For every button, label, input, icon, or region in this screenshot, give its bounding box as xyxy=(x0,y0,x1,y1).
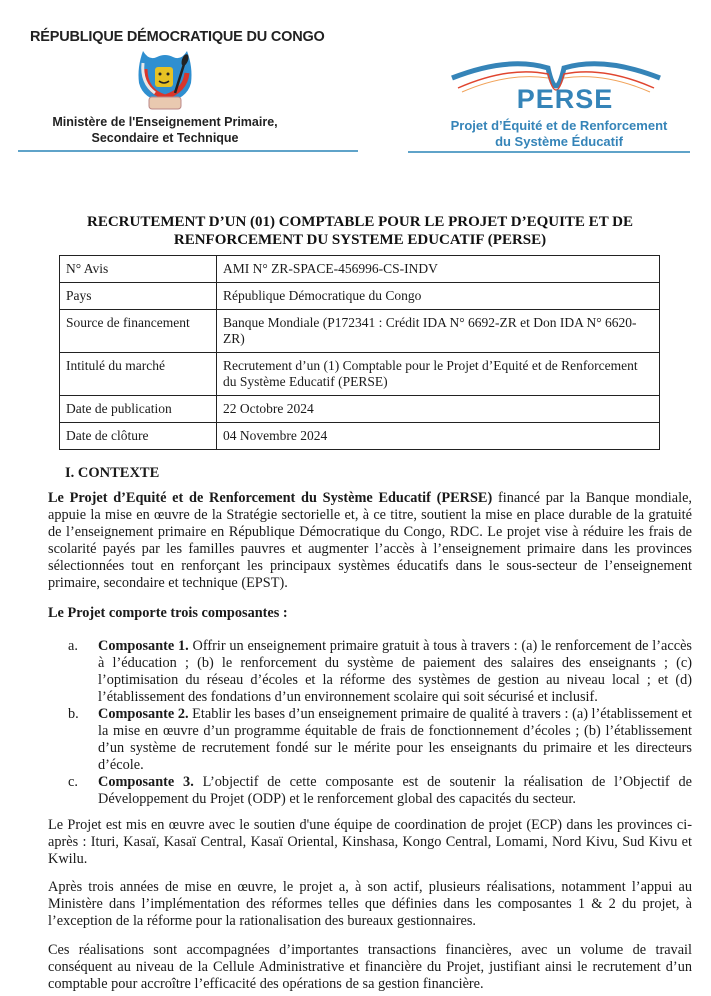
table-key: N° Avis xyxy=(60,256,217,283)
perse-logo-title: PERSE xyxy=(490,84,640,115)
intro-bold-text: Le Projet d’Equité et de Renforcement du… xyxy=(48,490,492,506)
drc-coat-of-arms-icon xyxy=(133,47,197,113)
document-title: RECRUTEMENT D’UN (01) COMPTABLE POUR LE … xyxy=(40,213,680,249)
ministry-name: Ministère de l'Enseignement Primaire, Se… xyxy=(40,114,290,146)
table-row: Date de publication 22 Octobre 2024 xyxy=(60,396,660,423)
section-heading-contexte: I. CONTEXTE xyxy=(65,465,159,482)
table-key: Source de financement xyxy=(60,310,217,353)
table-row: Intitulé du marché Recrutement d’un (1) … xyxy=(60,353,660,396)
document-title-line-2: RENFORCEMENT DU SYSTEME EDUCATIF (PERSE) xyxy=(40,231,680,249)
list-item: b.Composante 2. Etablir les bases d’un e… xyxy=(68,706,692,774)
transactions-paragraph: Ces réalisations sont accompagnées d’imp… xyxy=(48,942,692,993)
component-label: Composante 2. xyxy=(98,706,189,722)
components-heading: Le Projet comporte trois composantes : xyxy=(48,605,692,622)
table-key: Date de publication xyxy=(60,396,217,423)
component-label: Composante 1. xyxy=(98,638,189,654)
list-marker: b. xyxy=(68,706,79,723)
ecp-paragraph: Le Projet est mis en œuvre avec le souti… xyxy=(48,817,692,868)
table-row: Pays République Démocratique du Congo xyxy=(60,283,660,310)
table-value: Banque Mondiale (P172341 : Crédit IDA N°… xyxy=(217,310,660,353)
document-title-line-1: RECRUTEMENT D’UN (01) COMPTABLE POUR LE … xyxy=(40,213,680,231)
list-marker: c. xyxy=(68,774,78,791)
intro-paragraph: Le Projet d’Equité et de Renforcement du… xyxy=(48,490,692,592)
table-value: 22 Octobre 2024 xyxy=(217,396,660,423)
realisations-paragraph: Après trois années de mise en œuvre, le … xyxy=(48,879,692,930)
list-item: a.Composante 1. Offrir un enseignement p… xyxy=(68,638,692,706)
header-divider-right xyxy=(408,151,690,153)
perse-logo-subtitle: Projet d’Équité et de Renforcement du Sy… xyxy=(418,118,700,150)
table-value: République Démocratique du Congo xyxy=(217,283,660,310)
table-key: Intitulé du marché xyxy=(60,353,217,396)
table-row: Date de clôture 04 Novembre 2024 xyxy=(60,423,660,450)
table-value: 04 Novembre 2024 xyxy=(217,423,660,450)
table-key: Pays xyxy=(60,283,217,310)
perse-subtitle-line-1: Projet d’Équité et de Renforcement xyxy=(418,118,700,134)
components-list: a.Composante 1. Offrir un enseignement p… xyxy=(68,638,692,808)
table-row: Source de financement Banque Mondiale (P… xyxy=(60,310,660,353)
notice-info-table: N° Avis AMI N° ZR-SPACE-456996-CS-INDV P… xyxy=(59,255,660,450)
component-label: Composante 3. xyxy=(98,774,194,790)
header-divider-left xyxy=(18,150,358,152)
list-item: c.Composante 3. L’objectif de cette comp… xyxy=(68,774,692,808)
table-value: Recrutement d’un (1) Comptable pour le P… xyxy=(217,353,660,396)
ministry-line-1: Ministère de l'Enseignement Primaire, xyxy=(40,114,290,130)
perse-subtitle-line-2: du Système Éducatif xyxy=(418,134,700,150)
table-key: Date de clôture xyxy=(60,423,217,450)
table-row: N° Avis AMI N° ZR-SPACE-456996-CS-INDV xyxy=(60,256,660,283)
list-marker: a. xyxy=(68,638,78,655)
country-heading: RÉPUBLIQUE DÉMOCRATIQUE DU CONGO xyxy=(30,29,325,45)
table-value: AMI N° ZR-SPACE-456996-CS-INDV xyxy=(217,256,660,283)
ministry-line-2: Secondaire et Technique xyxy=(40,130,290,146)
